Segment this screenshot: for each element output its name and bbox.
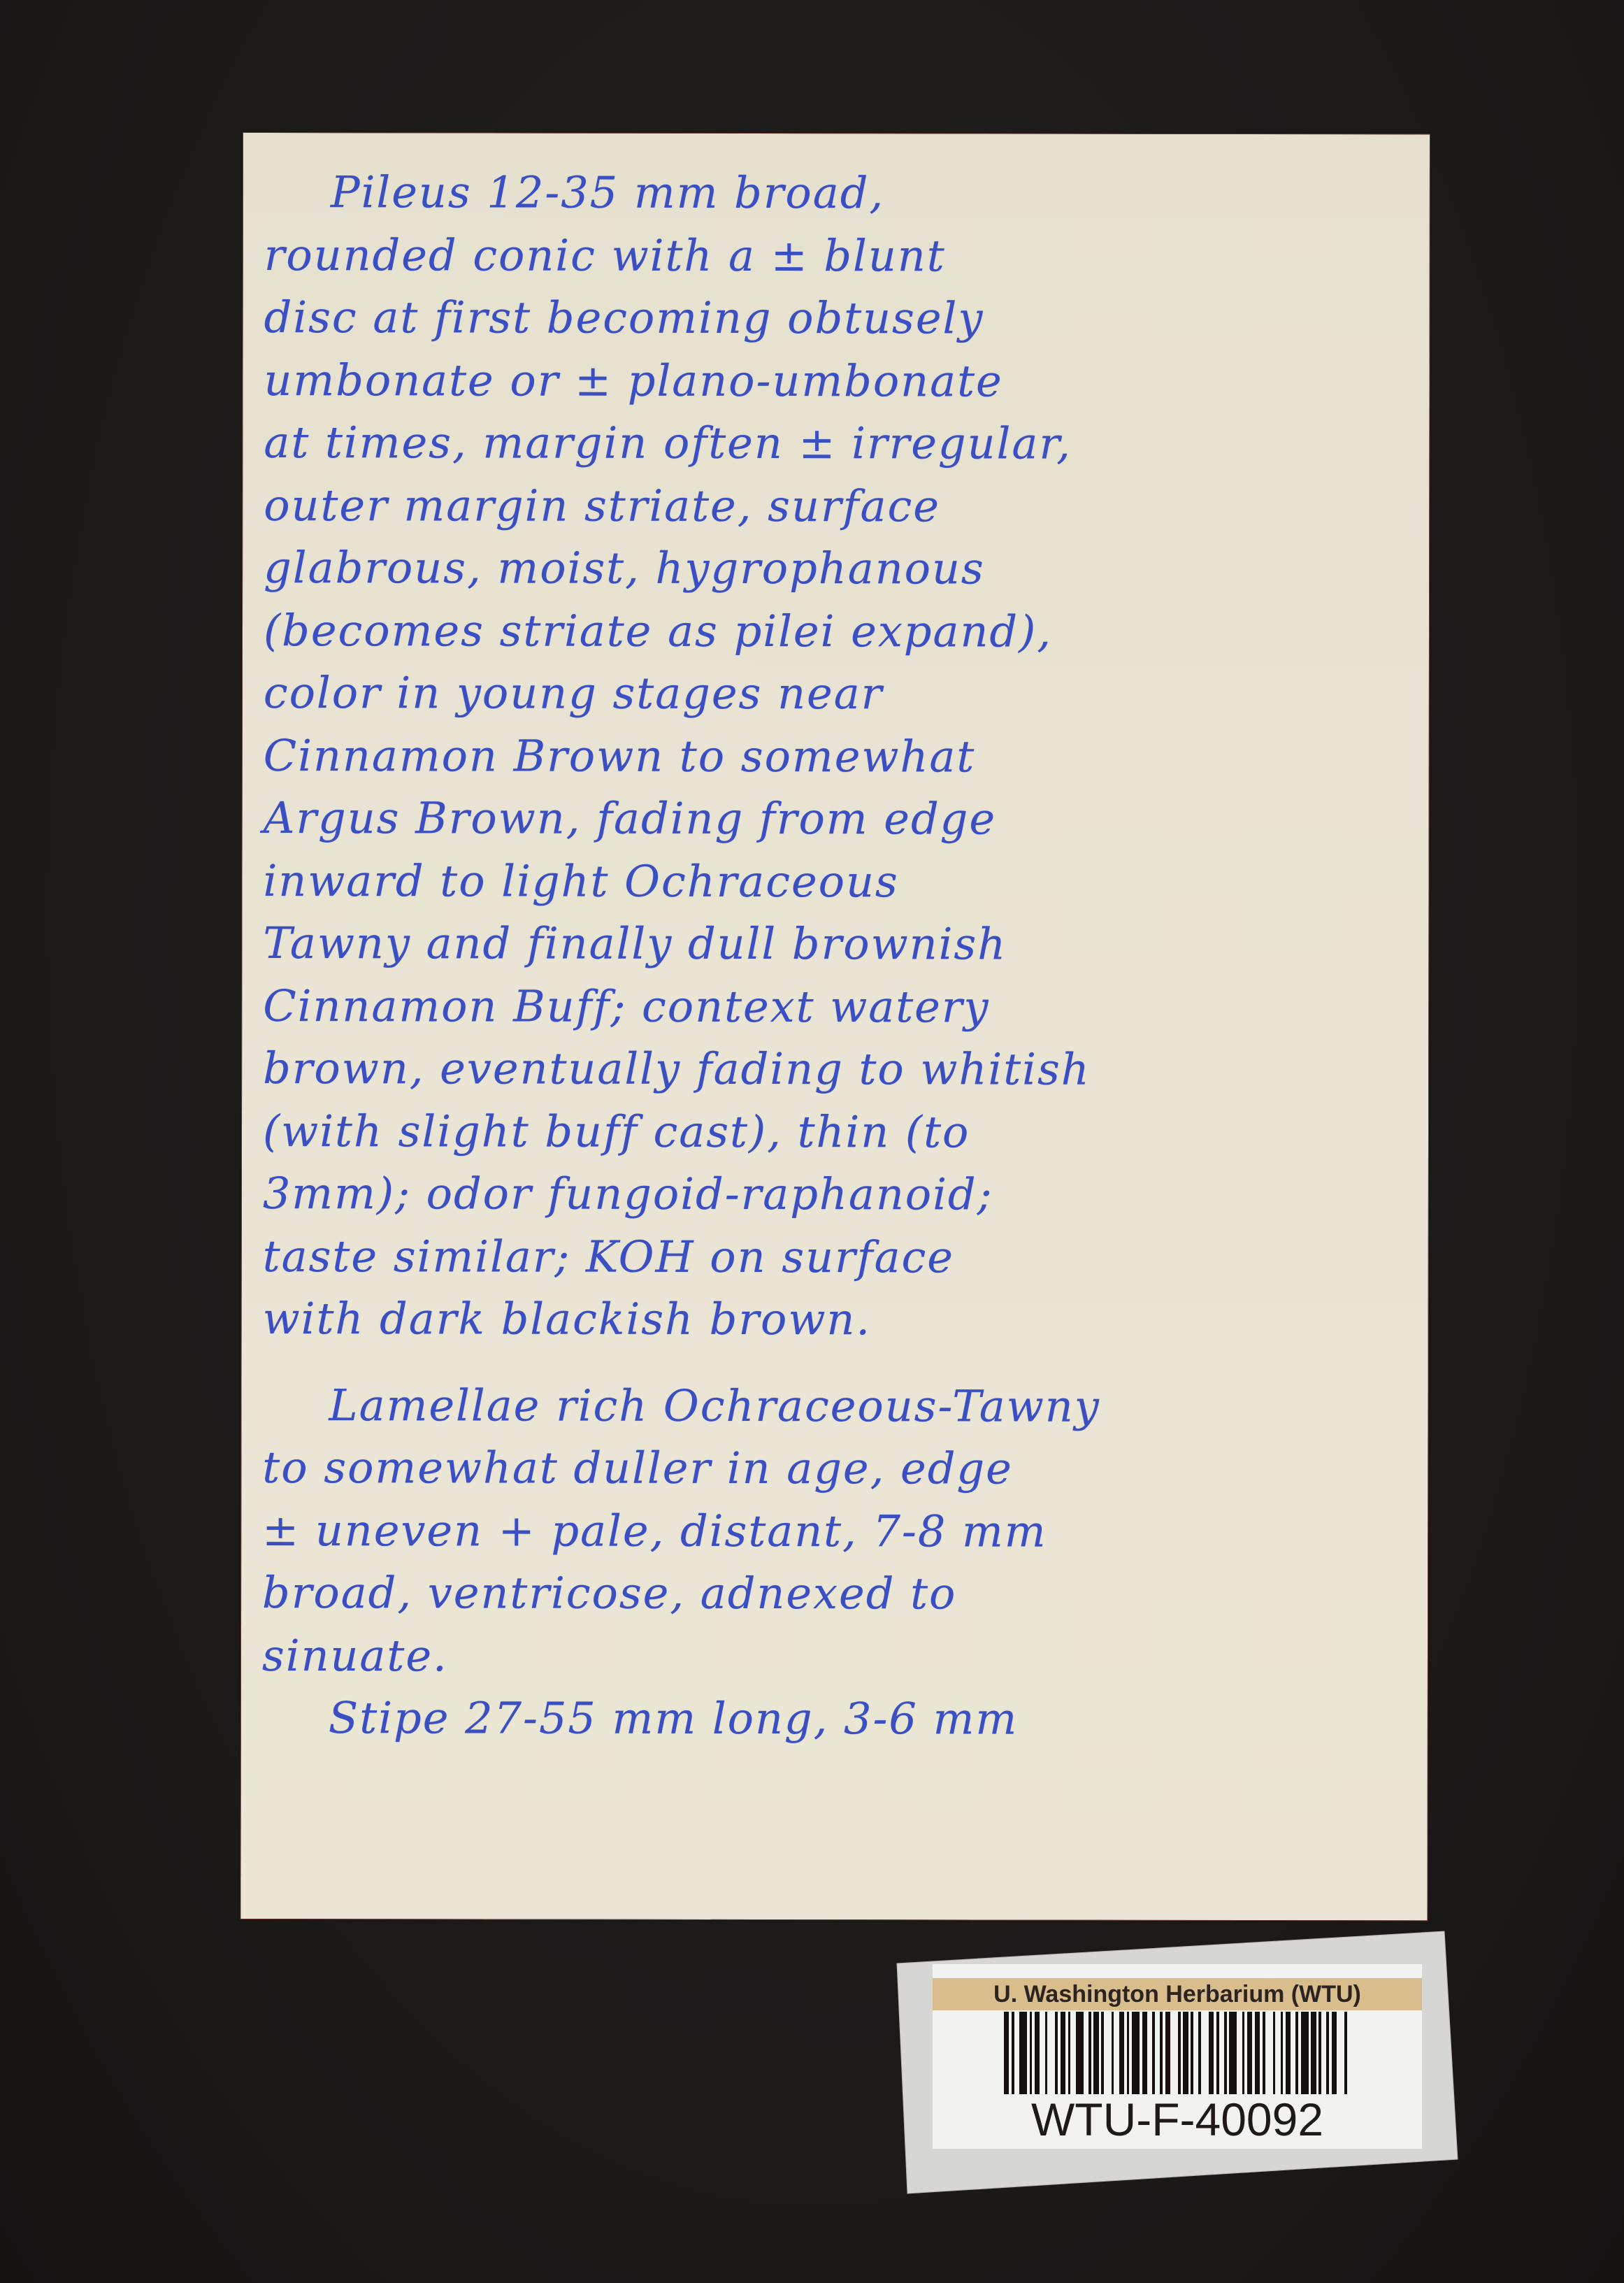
note-line: (with slight buff cast), thin (to xyxy=(263,1100,1416,1164)
note-line: Tawny and finally dull brownish xyxy=(263,912,1416,976)
handwritten-notes: Pileus 12-35 mm broad, rounded conic wit… xyxy=(262,161,1418,1751)
note-line: Argus Brown, fading from edge xyxy=(264,787,1417,851)
note-line: outer margin striate, surface xyxy=(264,474,1417,538)
note-line: disc at first becoming obtusely xyxy=(264,286,1418,350)
institution-band: U. Washington Herbarium (WTU) xyxy=(933,1978,1422,2010)
herbarium-barcode-label: U. Washington Herbarium (WTU) WTU-F-4009… xyxy=(932,1963,1423,2149)
note-line: 3mm); odor fungoid-raphanoid; xyxy=(263,1162,1416,1226)
note-line: rounded conic with a ± blunt xyxy=(264,224,1418,288)
note-line: to somewhat duller in age, edge xyxy=(262,1436,1416,1501)
note-line: inward to light Ochraceous xyxy=(263,850,1416,914)
note-line: Cinnamon Buff; context watery xyxy=(263,975,1416,1039)
note-line: with dark blackish brown. xyxy=(263,1287,1416,1352)
note-line: glabrous, moist, hygrophanous xyxy=(264,536,1417,601)
note-line: taste similar; KOH on surface xyxy=(263,1225,1416,1289)
note-line: color in young stages near xyxy=(264,661,1417,726)
handwritten-description-card: Pileus 12-35 mm broad, rounded conic wit… xyxy=(240,132,1430,1921)
note-line: at times, margin often ± irregular, xyxy=(264,411,1417,475)
note-line: umbonate or ± plano-umbonate xyxy=(264,349,1417,413)
note-line-stipe: Stipe 27-55 mm long, 3-6 mm xyxy=(262,1687,1416,1751)
barcode-icon xyxy=(1004,2012,1350,2094)
note-line: brown, eventually fading to whitish xyxy=(263,1037,1416,1101)
note-line: ± uneven + pale, distant, 7-8 mm xyxy=(262,1499,1416,1563)
note-line-lamellae: Lamellae rich Ochraceous-Tawny xyxy=(262,1374,1416,1438)
catalog-number: WTU-F-40092 xyxy=(933,2091,1422,2147)
note-line: sinuate. xyxy=(262,1624,1416,1689)
note-line: Cinnamon Brown to somewhat xyxy=(264,724,1417,789)
note-line: broad, ventricose, adnexed to xyxy=(262,1561,1416,1626)
institution-name: U. Washington Herbarium (WTU) xyxy=(993,1981,1361,2008)
note-line: (becomes striate as pilei expand), xyxy=(264,599,1417,664)
note-line: Pileus 12-35 mm broad, xyxy=(264,161,1418,225)
